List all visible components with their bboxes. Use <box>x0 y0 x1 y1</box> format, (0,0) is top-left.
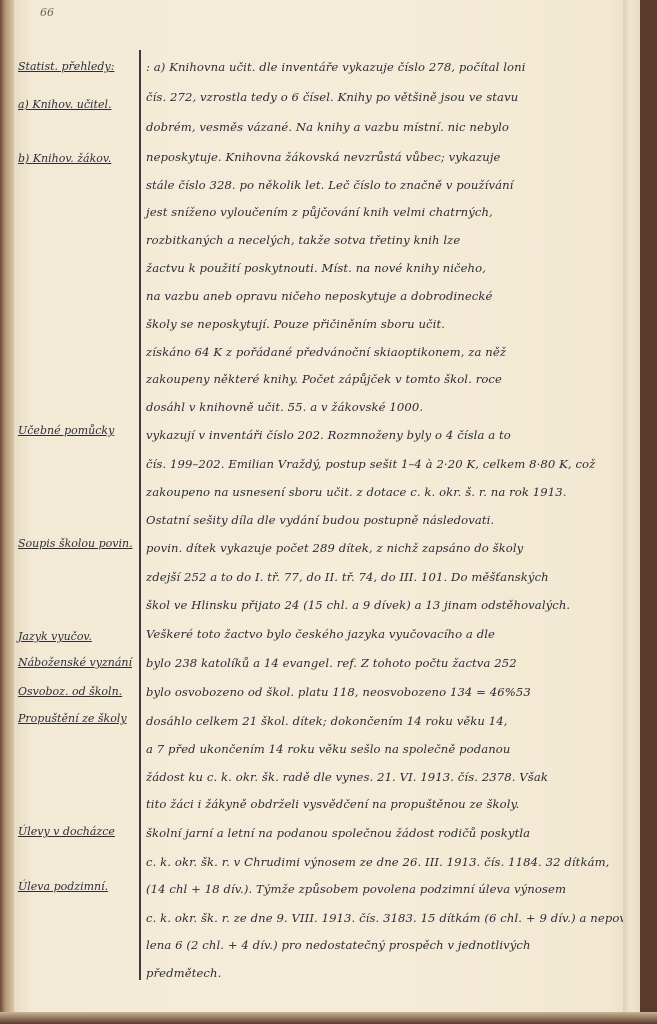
text-line: zakoupeno na usnesení sboru učit. z dota… <box>146 485 636 499</box>
margin-heading: Statist. přehledy: <box>18 60 136 73</box>
text-line: zakoupeny některé knihy. Počet zápůjček … <box>146 372 636 386</box>
text-line: jest sníženo vyloučením z půjčování knih… <box>146 205 636 219</box>
text-line: vykazují v inventáři číslo 202. Rozmnože… <box>146 428 636 442</box>
margin-heading: Soupis školou povin. <box>18 537 136 550</box>
book-bottom-edge <box>0 1012 657 1024</box>
text-line: zdejší 252 a to do I. tř. 77, do II. tř.… <box>146 570 636 584</box>
next-page-edge <box>623 0 640 1024</box>
text-line: c. k. okr. šk. r. ze dne 9. VIII. 1913. … <box>146 911 636 925</box>
text-line: povin. dítek vykazuje počet 289 dítek, z… <box>146 541 636 555</box>
text-line: škol ve Hlinsku přijato 24 (15 chl. a 9 … <box>146 598 636 612</box>
text-line: : a) Knihovna učit. dle inventáře vykazu… <box>146 60 636 74</box>
text-line: tito žáci i žákyně obdrželi vysvědčení n… <box>146 797 636 811</box>
text-line: (14 chl + 18 dív.). Týmže způsobem povol… <box>146 882 636 896</box>
text-line: čís. 199–202. Emilian Vraždý, postup seš… <box>146 457 636 471</box>
text-line: získáno 64 K z pořádané předvánoční skia… <box>146 345 636 359</box>
text-line: neposkytuje. Knihovna žákovská nevzrůstá… <box>146 150 636 164</box>
margin-heading: Osvoboz. od školn. <box>18 685 136 698</box>
text-line: stále číslo 328. po několik let. Leč čís… <box>146 178 636 192</box>
text-line: školní jarní a letní na podanou společno… <box>146 826 636 840</box>
book-binding <box>0 0 14 1024</box>
text-line: dobrém, vesměs vázané. Na knihy a vazbu … <box>146 120 636 134</box>
text-line: Veškeré toto žactvo bylo českého jazyka … <box>146 627 636 641</box>
text-line: lena 6 (2 chl. + 4 dív.) pro nedostatečn… <box>146 938 636 952</box>
text-line: na vazbu aneb opravu ničeho neposkytuje … <box>146 289 636 303</box>
text-line: c. k. okr. šk. r. v Chrudimi výnosem ze … <box>146 855 636 869</box>
text-line: žactvu k použití poskytnouti. Míst. na n… <box>146 261 636 275</box>
margin-heading: Náboženské vyznání <box>18 656 136 669</box>
text-line: bylo osvobozeno od škol. platu 118, neos… <box>146 685 636 699</box>
margin-heading: Jazyk vyučov. <box>18 630 136 643</box>
text-line: dosáhlo celkem 21 škol. dítek; dokončení… <box>146 714 636 728</box>
margin-heading: Učebné pomůcky <box>18 424 136 437</box>
ledger-page: 66 Statist. přehledy:a) Knihov. učitel.b… <box>14 0 640 1012</box>
text-line: žádost ku c. k. okr. šk. radě dle vynes.… <box>146 770 636 784</box>
text-line: předmětech. <box>146 966 636 980</box>
margin-column-rule <box>139 50 141 980</box>
page-number: 66 <box>40 6 54 19</box>
text-line: dosáhl v knihovně učit. 55. a v žákovské… <box>146 400 636 414</box>
text-line: Ostatní sešity díla dle vydání budou pos… <box>146 513 636 527</box>
margin-heading: Propuštění ze školy <box>18 712 136 725</box>
text-line: a 7 před ukončením 14 roku věku sešlo na… <box>146 742 636 756</box>
margin-heading: a) Knihov. učitel. <box>18 98 136 111</box>
text-line: školy se neposkytují. Pouze přičiněním s… <box>146 317 636 331</box>
text-line: čís. 272, vzrostla tedy o 6 čísel. Knihy… <box>146 90 636 104</box>
margin-heading: Úlevy v docházce <box>18 825 136 838</box>
text-line: rozbitkaných a necelých, takže sotva tře… <box>146 233 636 247</box>
margin-heading: b) Knihov. žákov. <box>18 152 136 165</box>
text-line: bylo 238 katolíků a 14 evangel. ref. Z t… <box>146 656 636 670</box>
margin-heading: Úleva podzimní. <box>18 880 136 893</box>
